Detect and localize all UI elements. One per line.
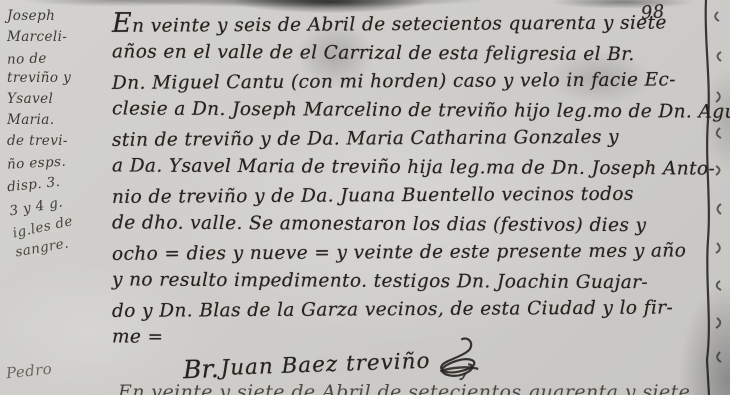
signature-name: Juan Baez treviño — [220, 348, 431, 380]
record-line: do y Dn. Blas de la Garza vecinos, de es… — [112, 294, 726, 326]
margin-note-line: Maria. — [7, 110, 110, 131]
record-line: años en el valle de el Carrizal de esta … — [112, 38, 726, 70]
record-line: de dho. valle. Se amonestaron los dias (… — [112, 209, 726, 241]
margin-note: Joseph Marceli- no de treviño y Ysavel M… — [7, 6, 110, 256]
ink-bleed-marks — [715, 12, 721, 362]
record-line: ocho = dies y nueve = y veinte de este p… — [112, 237, 726, 269]
signature-rubric-icon — [432, 337, 486, 383]
margin-note-line: treviño y — [7, 68, 110, 89]
record-line: nio de treviño y de Da. Juana Buentello … — [112, 180, 726, 212]
manuscript-page: 98 Joseph Marceli- no de treviño y Ysave… — [0, 0, 730, 395]
record-text: En veinte y seis de Abril de setecientos… — [112, 8, 726, 353]
record-line: stin de treviño y de Da. Maria Catharina… — [112, 123, 726, 155]
record-line: En veinte y seis de Abril de setecientos… — [112, 6, 726, 41]
record-line: Dn. Miguel Cantu (con mi horden) caso y … — [112, 66, 726, 98]
signature-title: Br. — [183, 354, 220, 384]
record-line: a Da. Ysavel Maria de treviño hija leg.m… — [112, 152, 726, 184]
next-entry-first-line: En veinte y siete de Abril de seteciento… — [118, 381, 690, 395]
page-crease — [692, 0, 730, 395]
margin-note-line: no de — [7, 46, 111, 70]
margin-note-line: Ysavel — [7, 89, 110, 110]
margin-note-line: Marceli- — [7, 27, 110, 48]
margin-note-line: Joseph — [7, 6, 110, 27]
record-line: y no resulto impedimento. testigos Dn. J… — [112, 266, 726, 298]
margin-note-line: de trevi- — [7, 131, 110, 152]
next-entry-margin-note: Pedro — [5, 360, 53, 383]
record-line: clesie a Dn. Joseph Marcelino de treviño… — [112, 95, 726, 127]
